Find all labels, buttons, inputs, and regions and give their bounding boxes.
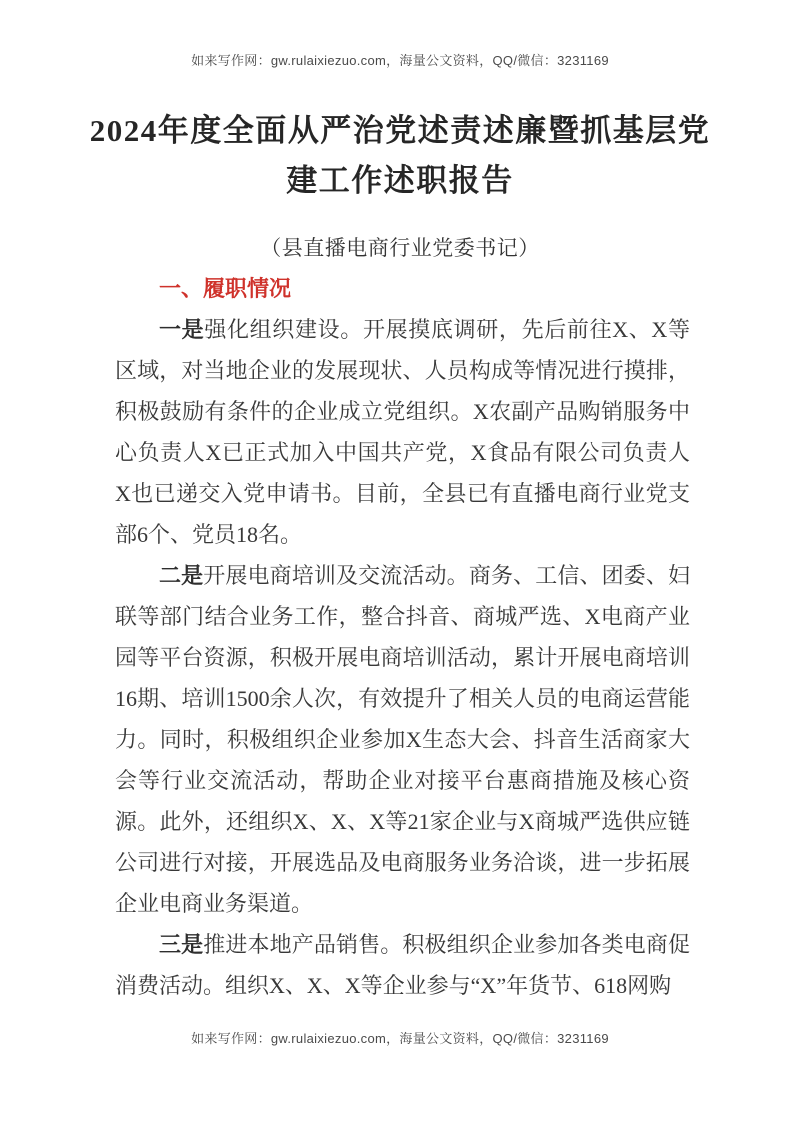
paragraph: 三是推进本地产品销售。积极组织企业参加各类电商促消费活动。组织X、X、X等企业参… <box>115 924 690 1006</box>
footer-watermark-text: 如来写作网：gw.rulaixiezuo.com，海量公文资料，QQ/微信：32… <box>191 1031 609 1046</box>
paragraph-lead: 二是 <box>159 563 203 588</box>
page-header: 如来写作网：gw.rulaixiezuo.com，海量公文资料，QQ/微信：32… <box>0 50 800 69</box>
paragraph: 二是开展电商培训及交流活动。商务、工信、团委、妇联等部门结合业务工作，整合抖音、… <box>115 555 690 924</box>
document-title: 2024年度全面从严治党述责述廉暨抓基层党 建工作述职报告 <box>60 106 740 206</box>
paragraph-list: 一是强化组织建设。开展摸底调研，先后前往X、X等区域，对当地企业的发展现状、人员… <box>115 309 690 1006</box>
document-body: 一、履职情况 一是强化组织建设。开展摸底调研，先后前往X、X等区域，对当地企业的… <box>115 268 690 1024</box>
paragraph-lead: 三是 <box>159 932 203 957</box>
paragraph-lead: 一是 <box>159 317 204 342</box>
section-heading: 一、履职情况 <box>115 268 690 309</box>
paragraph: 一是强化组织建设。开展摸底调研，先后前往X、X等区域，对当地企业的发展现状、人员… <box>115 309 690 555</box>
title-line-1: 2024年度全面从严治党述责述廉暨抓基层党 <box>60 106 740 156</box>
page-footer: 如来写作网：gw.rulaixiezuo.com，海量公文资料，QQ/微信：32… <box>0 1028 800 1047</box>
paragraph-text: 开展电商培训及交流活动。商务、工信、团委、妇联等部门结合业务工作，整合抖音、商城… <box>115 563 690 916</box>
document-page: 如来写作网：gw.rulaixiezuo.com，海量公文资料，QQ/微信：32… <box>0 0 800 1131</box>
document-subtitle: （县直播电商行业党委书记） <box>0 232 800 262</box>
title-line-2: 建工作述职报告 <box>60 156 740 206</box>
header-watermark-text: 如来写作网：gw.rulaixiezuo.com，海量公文资料，QQ/微信：32… <box>191 53 609 68</box>
paragraph-text: 强化组织建设。开展摸底调研，先后前往X、X等区域，对当地企业的发展现状、人员构成… <box>115 317 690 547</box>
